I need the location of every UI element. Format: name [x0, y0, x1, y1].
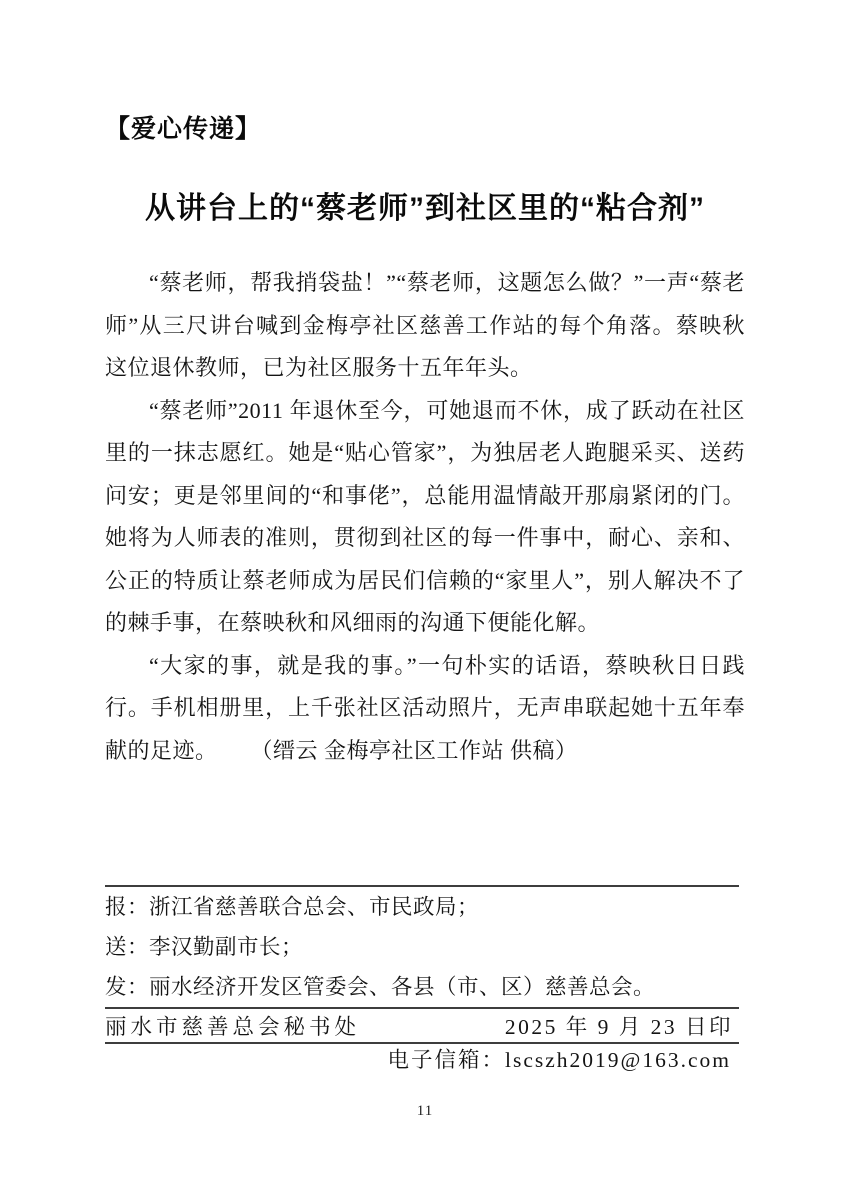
print-date: 2025 年 9 月 23 日印 — [505, 1010, 733, 1041]
email-label: 电子信箱： — [388, 1048, 506, 1072]
distribution-footer: 报：浙江省慈善联合总会、市民政局； 送：李汉勤副市长； 发：丽水经济开发区管委会… — [105, 885, 745, 1076]
document-page: 【爱心传递】 从讲台上的“蔡老师”到社区里的“粘合剂” “蔡老师，帮我捎袋盐！”… — [0, 0, 849, 1200]
send-to-line: 送：李汉勤副市长； — [105, 927, 745, 967]
document-content: 【爱心传递】 从讲台上的“蔡老师”到社区里的“粘合剂” “蔡老师，帮我捎袋盐！”… — [105, 112, 745, 1120]
distribution-list: 报：浙江省慈善联合总会、市民政局； 送：李汉勤副市长； 发：丽水经济开发区管委会… — [105, 887, 745, 1007]
attribution: （缙云 金梅亭社区工作站 供稿） — [262, 738, 578, 763]
article-title: 从讲台上的“蔡老师”到社区里的“粘合剂” — [105, 188, 745, 230]
issue-to-line: 发：丽水经济开发区管委会、各县（市、区）慈善总会。 — [105, 967, 745, 1007]
paragraph-2: “蔡老师”2011 年退休至今，可她退而不休，成了跃动在社区里的一抹志愿红。她是… — [105, 390, 745, 645]
secretariat-row: 丽水市慈善总会秘书处 2025 年 9 月 23 日印 — [105, 1009, 745, 1042]
section-tag: 【爱心传递】 — [105, 112, 745, 146]
report-to-line: 报：浙江省慈善联合总会、市民政局； — [105, 887, 745, 927]
email-row: 电子信箱：lscszh2019@163.com — [105, 1044, 745, 1076]
secretariat-name: 丽水市慈善总会秘书处 — [105, 1010, 360, 1041]
email-address: lscszh2019@163.com — [505, 1048, 731, 1072]
paragraph-3: “大家的事，就是我的事。”一句朴实的话语，蔡映秋日日践行。手机相册里，上千张社区… — [105, 645, 745, 773]
paragraph-1: “蔡老师，帮我捎袋盐！”“蔡老师，这题怎么做？”一声“蔡老师”从三尺讲台喊到金梅… — [105, 262, 745, 390]
article-body: “蔡老师，帮我捎袋盐！”“蔡老师，这题怎么做？”一声“蔡老师”从三尺讲台喊到金梅… — [105, 262, 745, 772]
page-number: 11 — [105, 1102, 745, 1120]
